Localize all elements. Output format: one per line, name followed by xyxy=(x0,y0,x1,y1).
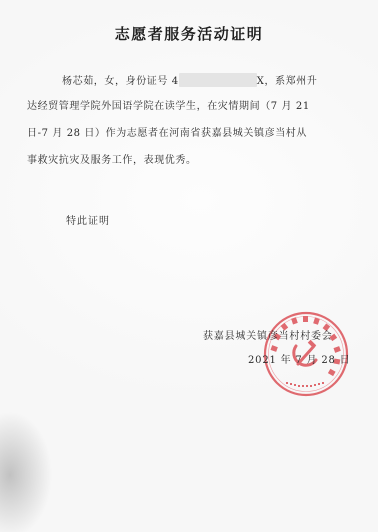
body-line-2: 达经贸管理学院外国语学院在读学生，在灾情期间（7 月 21 xyxy=(27,97,310,112)
body-text-school-prefix: X，系郑州升 xyxy=(257,76,318,87)
closing-statement: 特此证明 xyxy=(66,212,110,227)
body-line-4: 事救灾抗灾及服务工作，表现优秀。 xyxy=(27,151,197,166)
issue-date: 2021 年 7 月 28 日 xyxy=(248,351,350,366)
body-line-3: 日-7 月 28 日）作为志愿者在河南省获嘉县城关镇彦当村从 xyxy=(27,124,307,139)
issuing-organization: 获嘉县城关镇彦当村村委会 xyxy=(203,327,333,342)
body-line-1: 杨芯茹，女，身份证号 4X，系郑州升 xyxy=(62,72,317,87)
body-text-name-id-prefix: 杨芯茹，女，身份证号 4 xyxy=(62,76,179,87)
document-title: 志愿者服务活动证明 xyxy=(0,23,378,44)
document-page: 志愿者服务活动证明 杨芯茹，女，身份证号 4X，系郑州升 达经贸管理学院外国语学… xyxy=(0,0,378,532)
id-number-redaction xyxy=(179,73,257,87)
